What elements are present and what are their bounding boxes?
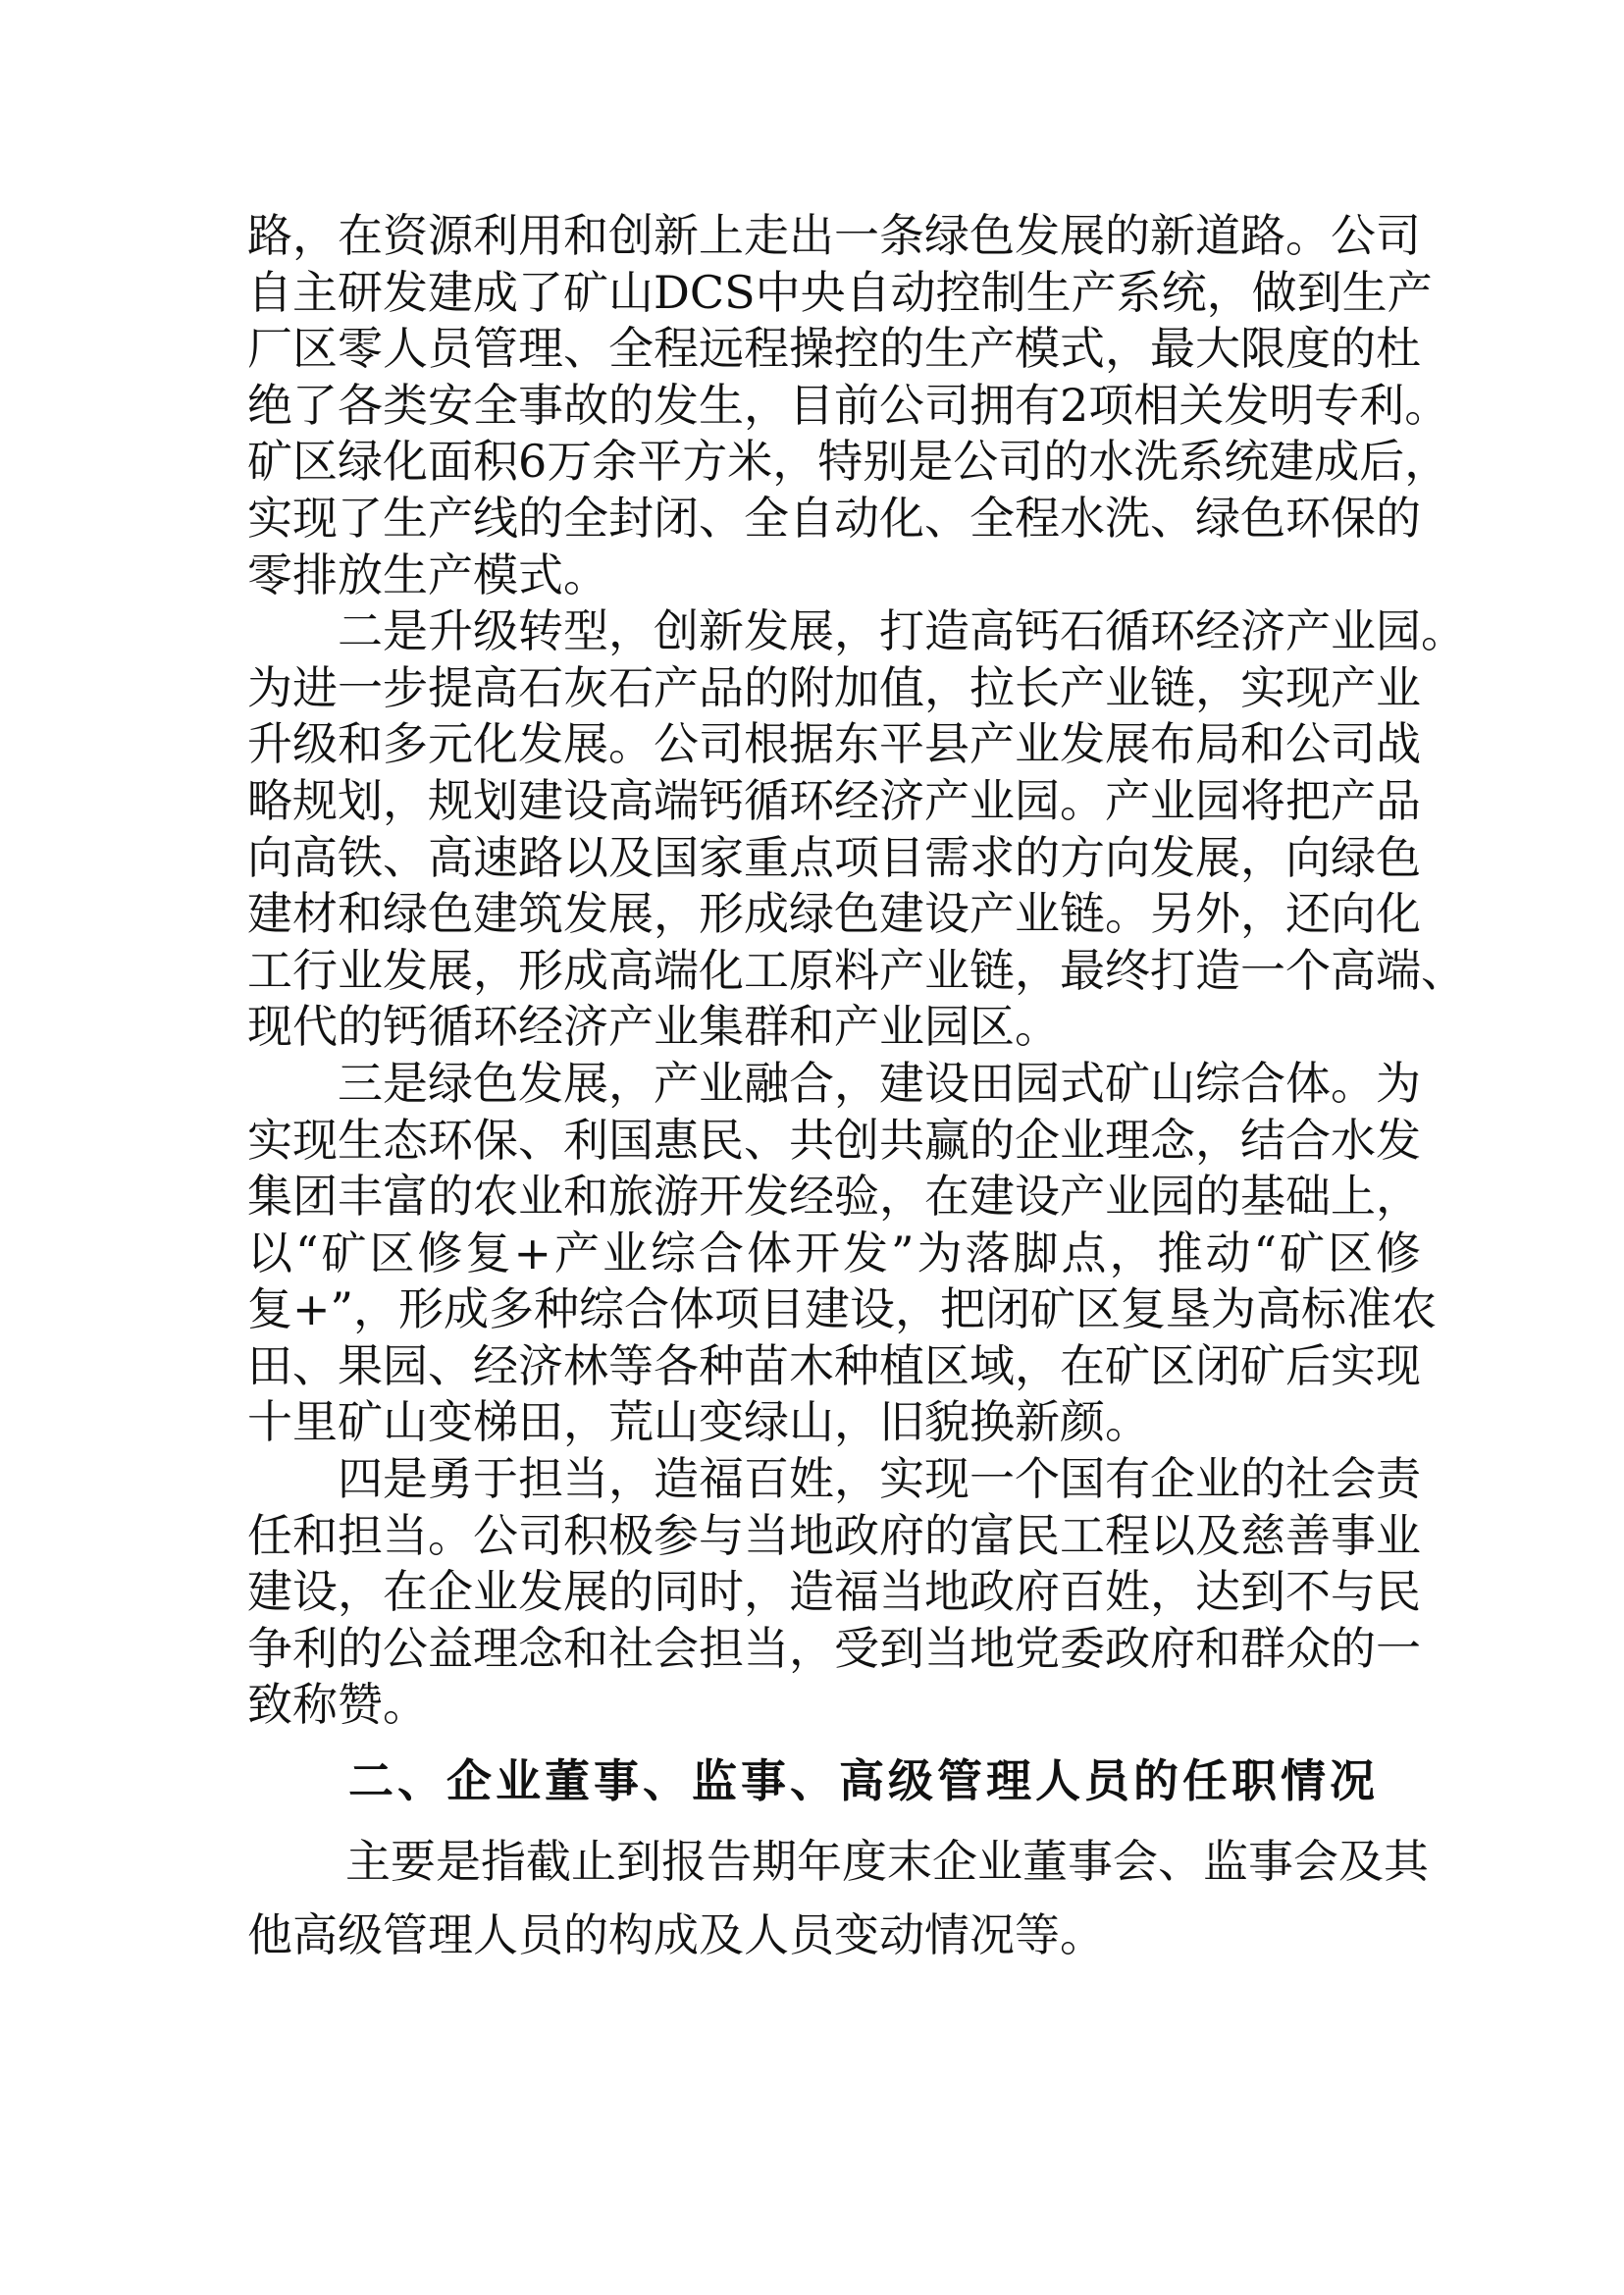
paragraph-4-start: 四是勇于担当，造福百姓，实现一个国有企业的社会责 <box>247 1451 1421 1508</box>
text-line: 建设，在企业发展的同时，造福当地政府百姓，达到不与民 <box>247 1564 1421 1621</box>
text-line: 厂区零人员管理、全程远程操控的生产模式，最大限度的杜 <box>247 321 1421 378</box>
text-line: 以“矿区修复+产业综合体开发”为落脚点，推动“矿区修 <box>247 1226 1421 1282</box>
document-body: 路，在资源利用和创新上走出一条绿色发展的新道路。公司 自主研发建成了矿山DCS中… <box>247 208 1421 1734</box>
text-line: 实现生态环保、利国惠民、共创共赢的企业理念，结合水发 <box>247 1113 1421 1170</box>
text-line: 绝了各类安全事故的发生，目前公司拥有2项相关发明专利。 <box>247 378 1421 435</box>
text-line: 路，在资源利用和创新上走出一条绿色发展的新道路。公司 <box>247 208 1421 265</box>
text-line: 实现了生产线的全封闭、全自动化、全程水洗、绿色环保的 <box>247 491 1421 548</box>
text-line: 复+”，形成多种综合体项目建设，把闭矿区复垦为高标准农 <box>247 1281 1421 1338</box>
text-line: 致称赞。 <box>247 1677 1421 1734</box>
text-line: 升级和多元化发展。公司根据东平县产业发展布局和公司战 <box>247 716 1421 773</box>
text-line: 现代的钙循环经济产业集群和产业园区。 <box>247 999 1421 1056</box>
section-paragraph: 主要是指截止到报告期年度末企业董事会、监事会及其 他高级管理人员的构成及人员变动… <box>247 1825 1421 1972</box>
paragraph-2-start: 二是升级转型，创新发展，打造高钙石循环经济产业园。 <box>247 603 1421 660</box>
text-line: 集团丰富的农业和旅游开发经验，在建设产业园的基础上， <box>247 1169 1421 1226</box>
text-line: 略规划，规划建设高端钙循环经济产业园。产业园将把产品 <box>247 773 1421 830</box>
text-line: 主要是指截止到报告期年度末企业董事会、监事会及其 <box>247 1825 1421 1899</box>
text-line: 十里矿山变梯田，荒山变绿山，旧貌换新颜。 <box>247 1394 1421 1451</box>
paragraph-3-start: 三是绿色发展，产业融合，建设田园式矿山综合体。为 <box>247 1056 1421 1113</box>
text-line: 工行业发展，形成高端化工原料产业链，最终打造一个高端、 <box>247 943 1421 1000</box>
section-heading: 二、企业董事、监事、高级管理人员的任职情况 <box>348 1751 1379 1810</box>
text-line: 为进一步提高石灰石产品的附加值，拉长产业链，实现产业 <box>247 660 1421 717</box>
text-line: 任和担当。公司积极参与当地政府的富民工程以及慈善事业 <box>247 1508 1421 1565</box>
text-line: 田、果园、经济林等各种苗木种植区域，在矿区闭矿后实现 <box>247 1338 1421 1395</box>
text-line: 自主研发建成了矿山DCS中央自动控制生产系统，做到生产 <box>247 265 1421 322</box>
text-line: 矿区绿化面积6万余平方米，特别是公司的水洗系统建成后， <box>247 434 1421 491</box>
text-line: 向高铁、高速路以及国家重点项目需求的方向发展，向绿色 <box>247 830 1421 887</box>
text-line: 零排放生产模式。 <box>247 548 1421 604</box>
text-line: 建材和绿色建筑发展，形成绿色建设产业链。另外，还向化 <box>247 886 1421 943</box>
text-line: 他高级管理人员的构成及人员变动情况等。 <box>247 1899 1421 1972</box>
text-line: 争利的公益理念和社会担当，受到当地党委政府和群众的一 <box>247 1621 1421 1678</box>
